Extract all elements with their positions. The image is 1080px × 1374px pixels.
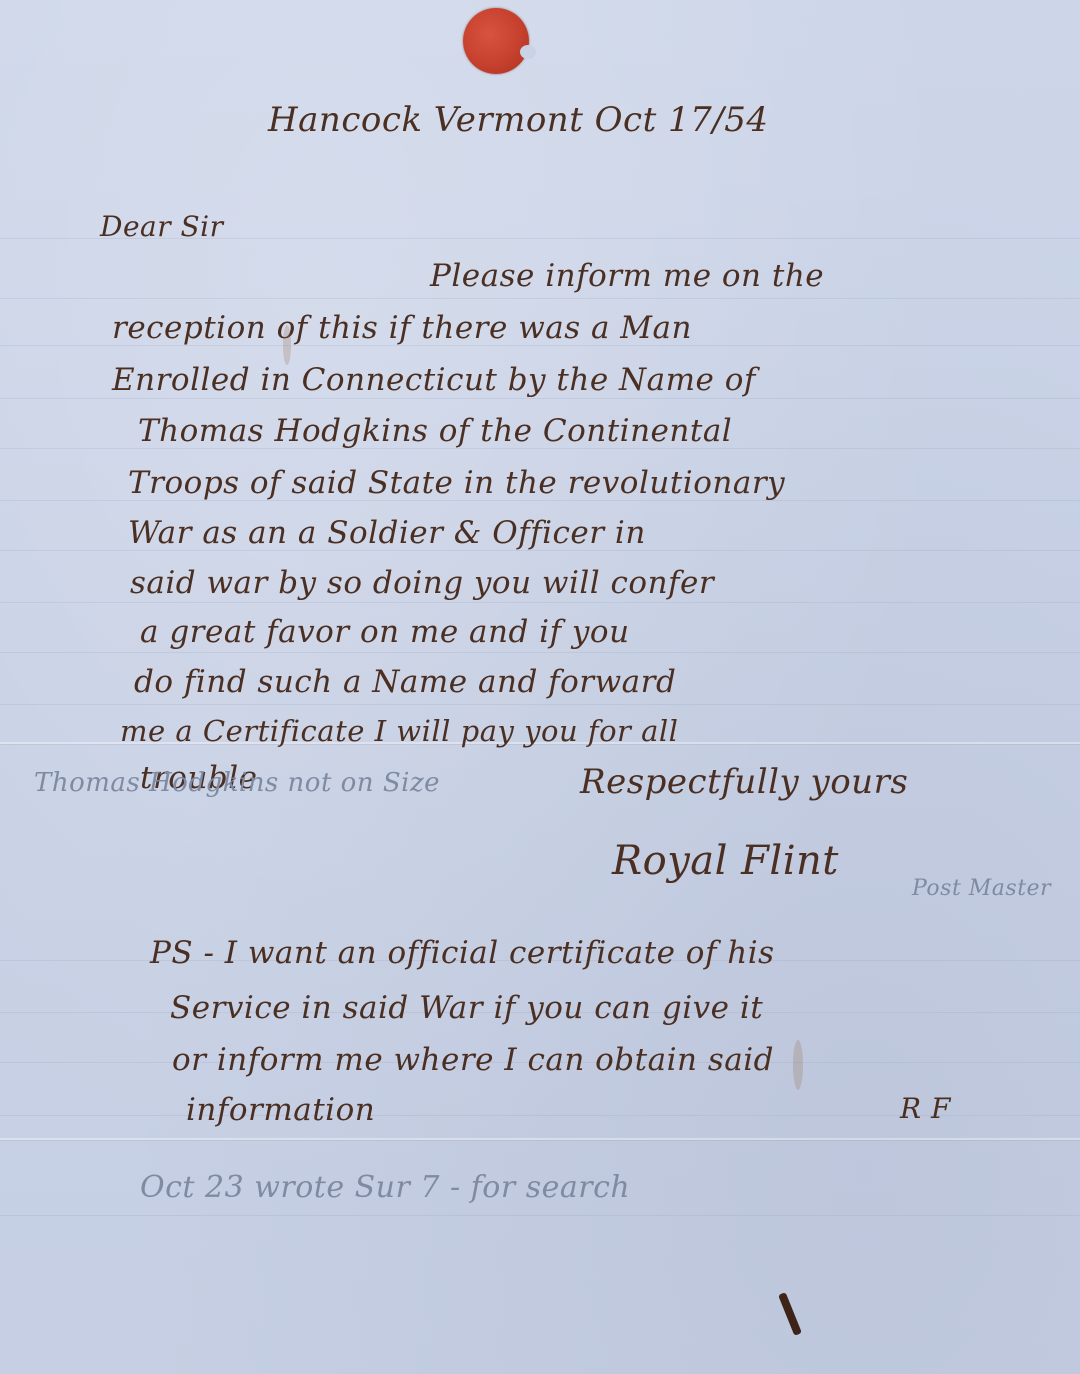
- body-line: a great favor on me and if you: [140, 614, 630, 650]
- signature-title: Post Master: [912, 876, 1051, 901]
- pencil-note-left: Thomas Hodgkins not on Size: [34, 768, 440, 798]
- ruling-line: [0, 398, 1080, 399]
- ink-stain: [793, 1040, 803, 1090]
- letter-page: Hancock Vermont Oct 17/54 Dear Sir Pleas…: [0, 0, 1080, 1374]
- postscript-line: information: [186, 1092, 375, 1128]
- postscript-line: Service in said War if you can give it: [170, 990, 763, 1026]
- postscript-line: or inform me where I can obtain said: [172, 1042, 774, 1078]
- wax-seal: [463, 8, 529, 74]
- body-line: Troops of said State in the revolutionar…: [128, 465, 785, 501]
- postscript-initials: R F: [900, 1092, 951, 1125]
- ink-stain: [283, 325, 291, 365]
- ruling-line: [0, 1215, 1080, 1216]
- salutation: Dear Sir: [100, 210, 224, 243]
- body-line: me a Certificate I will pay you for all: [120, 714, 678, 748]
- body-line: War as an a Soldier & Officer in: [128, 515, 646, 551]
- signature: Royal Flint: [612, 838, 839, 884]
- ruling-line: [0, 602, 1080, 603]
- ruling-line: [0, 298, 1080, 299]
- body-line: Please inform me on the: [430, 258, 824, 294]
- wax-seal-chip: [520, 45, 536, 59]
- place-date: Hancock Vermont Oct 17/54: [268, 100, 769, 140]
- body-line: Thomas Hodgkins of the Continental: [138, 413, 732, 449]
- ruling-line: [0, 652, 1080, 653]
- postscript-line: PS - I want an official certificate of h…: [150, 935, 775, 971]
- body-line: Enrolled in Connecticut by the Name of: [112, 362, 756, 398]
- body-line: reception of this if there was a Man: [112, 310, 692, 346]
- ink-blot: [778, 1292, 802, 1336]
- ruling-line: [0, 704, 1080, 705]
- pencil-note-bottom: Oct 23 wrote Sur 7 - for search: [140, 1170, 630, 1205]
- paper-fold: [0, 1138, 1080, 1140]
- closing: Respectfully yours: [580, 762, 908, 802]
- body-line: said war by so doing you will confer: [130, 565, 714, 601]
- body-line: do find such a Name and forward: [134, 664, 676, 700]
